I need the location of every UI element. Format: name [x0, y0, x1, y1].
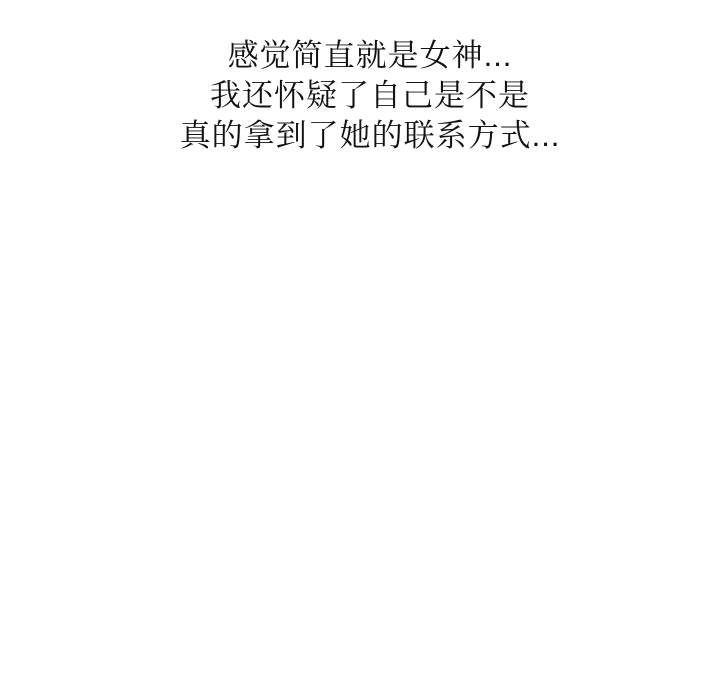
- narration-line-3: 真的拿到了她的联系方式...: [180, 116, 561, 156]
- narration-text-block: 感觉简直就是女神... 我还怀疑了自己是不是 真的拿到了她的联系方式...: [180, 36, 561, 156]
- comic-panel: 感觉简直就是女神... 我还怀疑了自己是不是 真的拿到了她的联系方式...: [0, 0, 720, 700]
- narration-line-1: 感觉简直就是女神...: [180, 36, 561, 76]
- narration-line-2: 我还怀疑了自己是不是: [180, 76, 561, 116]
